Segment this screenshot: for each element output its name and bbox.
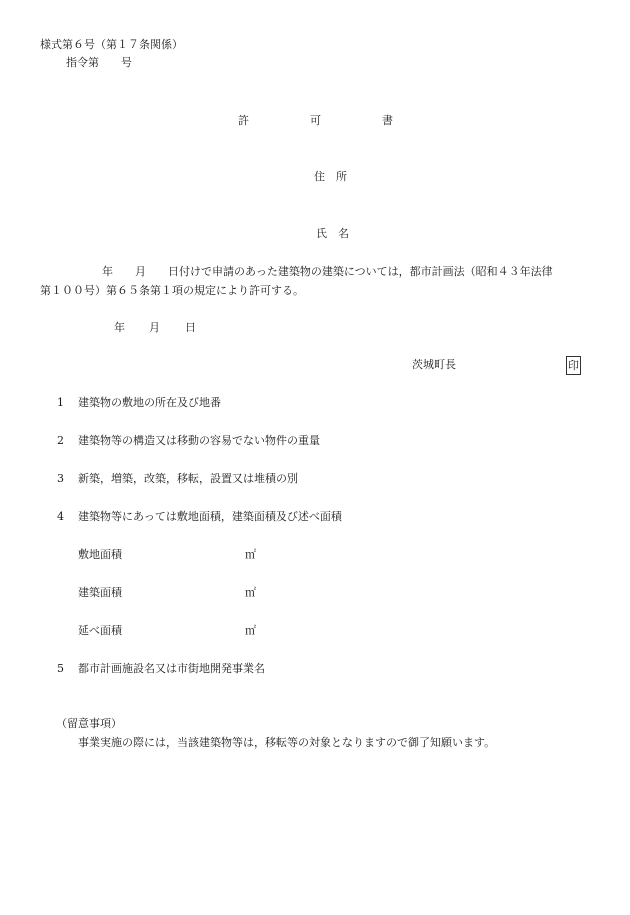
date-day: 日 — [185, 321, 196, 335]
directive-number: 指令第 号 — [66, 56, 132, 70]
date-year: 年 — [114, 321, 125, 335]
title-char: 書 — [382, 114, 393, 128]
item-text: 新築，増築，改築，移転，設置又は堆積の別 — [78, 472, 298, 486]
area-label: 敷地面積 — [78, 548, 122, 562]
body-line-2: 第１００号）第６５条第１項の規定により許可する。 — [40, 284, 304, 298]
item-text: 建築物等の構造又は移動の容易でない物件の重量 — [78, 434, 320, 448]
item-number: 4 — [57, 510, 64, 524]
item-number: 3 — [57, 472, 64, 486]
issuer-name: 茨城町長 — [412, 358, 456, 372]
title-char: 可 — [310, 114, 321, 128]
notes-heading: （留意事項） — [56, 717, 122, 731]
form-number: 様式第６号（第１７条関係） — [40, 38, 183, 52]
area-unit: ㎡ — [245, 586, 256, 600]
title-char: 許 — [238, 114, 249, 128]
area-label: 延べ面積 — [78, 624, 122, 638]
item-text: 都市計画施設名又は市街地開発事業名 — [78, 662, 265, 676]
item-number: 5 — [57, 662, 64, 676]
item-text: 建築物等にあっては敷地面積，建築面積及び述べ面積 — [78, 510, 342, 524]
body-line-1: 年 月 日付けで申請のあった建築物の建築については，都市計画法（昭和４３年法律 — [102, 265, 553, 279]
item-number: 1 — [57, 396, 64, 410]
seal-box: 印 — [566, 356, 581, 375]
item-text: 建築物の敷地の所在及び地番 — [78, 396, 221, 410]
area-unit: ㎡ — [245, 548, 256, 562]
notes-text: 事業実施の際には，当該建築物等は，移転等の対象となりますので御了知願います。 — [78, 736, 495, 750]
name-label: 氏 名 — [316, 227, 349, 241]
item-number: 2 — [57, 434, 64, 448]
area-unit: ㎡ — [245, 624, 256, 638]
address-label: 住 所 — [314, 170, 347, 184]
date-month: 月 — [149, 321, 160, 335]
area-label: 建築面積 — [78, 586, 122, 600]
